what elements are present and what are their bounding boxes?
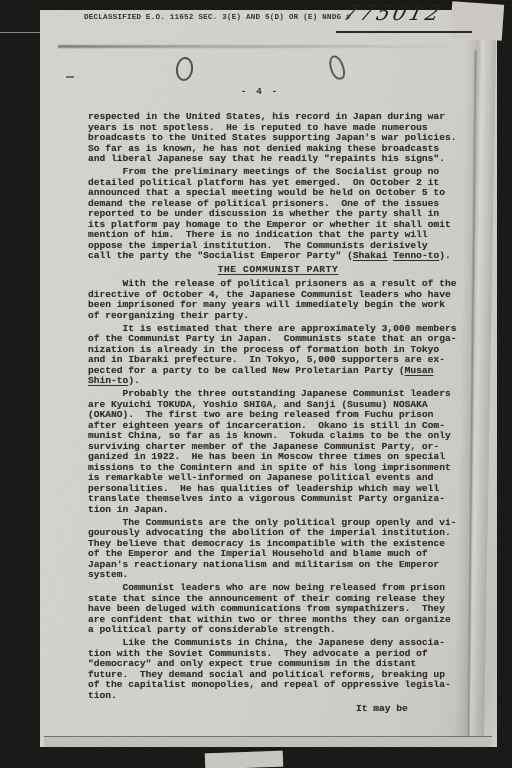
paragraph: Probably the three outstanding Japanese … <box>88 389 468 515</box>
paper-scrap-below <box>205 751 284 768</box>
paragraph: Communist leaders who are now being rele… <box>88 583 468 636</box>
page-number: - 4 - <box>40 86 480 97</box>
text-line: It may be <box>356 704 468 715</box>
scan-scratch-mark <box>0 32 40 33</box>
bottom-sheet-edge <box>44 736 492 747</box>
margin-dash-mark <box>66 76 74 78</box>
paragraph: Like the Communists in China, the Japane… <box>88 638 468 701</box>
scanned-document-page: DECLASSIFIED E.O. 11652 SEC. 3(E) AND 5(… <box>0 0 512 768</box>
paragraph: It is estimated that there are approxima… <box>88 324 468 387</box>
declassification-number-handwritten: 775012 <box>341 1 445 25</box>
text-line: tion in Japan. <box>88 505 468 516</box>
catchword: It may be <box>88 704 468 715</box>
text-line: THE COMMUNIST PARTY <box>88 265 468 276</box>
text-line: and liberal Japanese say that he readily… <box>88 154 468 165</box>
text-line: Shin-to). <box>88 376 468 387</box>
paragraph: With the release of political prisoners … <box>88 279 468 321</box>
text-line: system. <box>88 570 468 581</box>
text-line: pected for a party to be called New Prol… <box>88 366 468 377</box>
paragraph: From the preliminary meetings of the Soc… <box>88 167 468 262</box>
paragraph: respected in the United States, his reco… <box>88 112 468 165</box>
declassification-stamp: DECLASSIFIED E.O. 11652 SEC. 3(E) AND 5(… <box>84 14 351 22</box>
text-line: Japan's reactionary nationalism and mili… <box>88 560 468 571</box>
smudge-streak <box>58 45 460 48</box>
text-line: of the capitalist monopolies, and repeal… <box>88 680 468 691</box>
stamp-number-underline <box>336 31 472 33</box>
paragraph: The Communists are the only political gr… <box>88 518 468 581</box>
document-body: respected in the United States, his reco… <box>88 112 468 717</box>
underlying-sheet-corner <box>450 1 504 41</box>
text-line: a political party of considerable streng… <box>88 625 468 636</box>
text-line: tion. <box>88 691 468 702</box>
section-heading: THE COMMUNIST PARTY <box>88 265 468 276</box>
text-line: call the party the "Socialist Emperor Pa… <box>88 251 468 262</box>
text-line: of reorganizing their party. <box>88 311 468 322</box>
